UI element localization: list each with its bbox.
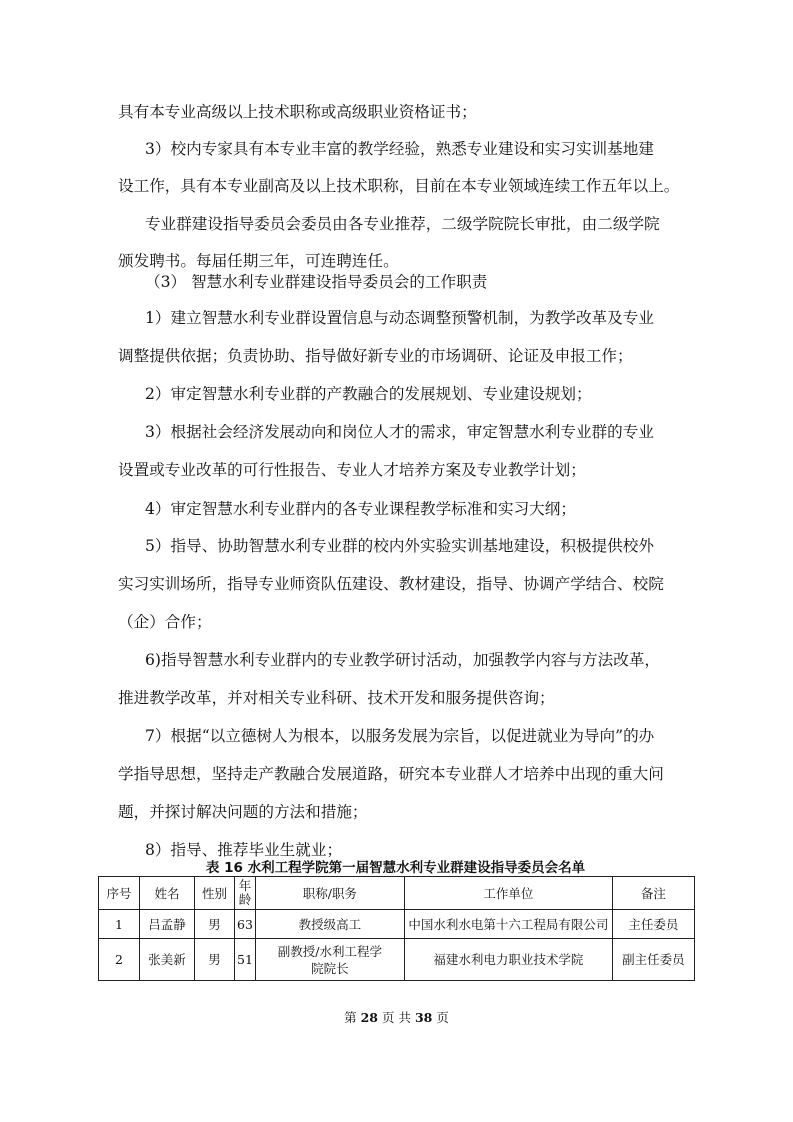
- footer-suffix: 页: [436, 1010, 449, 1025]
- header-age-line2: 龄: [239, 892, 252, 907]
- header-cell: 工作单位: [404, 877, 612, 910]
- paragraph-line: 学指导思想，坚持走产教融合发展道路，研究本专业群人才培养中出现的重大问: [118, 762, 664, 784]
- paragraph-line: 4）审定智慧水利专业群内的各专业课程教学标准和实习大纲；: [145, 497, 576, 519]
- paragraph-line: 推进教学改革，并对相关专业科研、技术开发和服务提供咨询；: [118, 686, 555, 708]
- footer-total-pages: 38: [415, 1010, 432, 1025]
- header-cell: 序号: [99, 877, 140, 910]
- paragraph-line: 颁发聘书。每届任期三年，可连聘连任。: [118, 249, 399, 271]
- paragraph-line: 调整提供依据；负责协助、指导做好新专业的市场调研、论证及申报工作；: [118, 344, 633, 366]
- paragraph-line: 设工作，具有本专业副高及以上技术职称，目前在本专业领域连续工作五年以上。: [118, 174, 679, 196]
- cell-workplace: 中国水利水电第十六工程局有限公司: [404, 910, 612, 939]
- header-cell: 年龄: [235, 877, 256, 910]
- cell-index: 2: [99, 939, 140, 981]
- section-heading: （3） 智慧水利专业群建设指导委员会的工作职责: [145, 270, 487, 292]
- table-caption: 表 16 水利工程学院第一届智慧水利专业群建设指导委员会名单: [98, 856, 693, 876]
- paragraph-line: 实习实训场所，指导专业师资队伍建设、教材建设，指导、协调产学结合、校院: [118, 572, 664, 594]
- paragraph-line: 专业群建设指导委员会委员由各专业推荐，二级学院院长审批，由二级学院: [145, 212, 660, 234]
- cell-note: 副主任委员: [612, 939, 694, 981]
- paragraph-line: 1）建立智慧水利专业群设置信息与动态调整预警机制，为教学改革及专业: [145, 306, 654, 328]
- document-page: 具有本专业高级以上技术职称或高级职业资格证书； 3）校内专家具有本专业丰富的教学…: [0, 0, 793, 1122]
- table-header-row: 序号 姓名 性别 年龄 职称/职务 工作单位 备注: [99, 877, 695, 910]
- paragraph-line: 2）审定智慧水利专业群的产教融合的发展规划、专业建设规划；: [145, 382, 592, 404]
- cell-index: 1: [99, 910, 140, 939]
- cell-title: 教授级高工: [255, 910, 404, 939]
- paragraph-line: 6)指导智慧水利专业群内的专业教学研讨活动，加强教学内容与方法改革，: [145, 648, 660, 670]
- cell-note: 主任委员: [612, 910, 694, 939]
- paragraph-line: 具有本专业高级以上技术职称或高级职业资格证书；: [118, 100, 477, 122]
- header-cell: 备注: [612, 877, 694, 910]
- cell-age: 51: [235, 939, 256, 981]
- paragraph-line: 3）根据社会经济发展动向和岗位人才的需求，审定智慧水利专业群的专业: [145, 420, 654, 442]
- footer-mid: 页 共: [382, 1010, 411, 1025]
- paragraph-line: 7）根据“以立德树人为根本，以服务发展为宗旨，以促进就业为导向”的办: [145, 724, 654, 746]
- page-footer: 第 28 页 共 38 页: [0, 1008, 793, 1026]
- paragraph-line: （企）合作；: [118, 610, 212, 632]
- cell-title-line1: 副教授/水利工程学: [278, 944, 382, 959]
- paragraph-line: 设置或专业改革的可行性报告、专业人才培养方案及专业教学计划；: [118, 458, 586, 480]
- footer-prefix: 第: [344, 1010, 357, 1025]
- table-row: 1 吕孟静 男 63 教授级高工 中国水利水电第十六工程局有限公司 主任委员: [99, 910, 695, 939]
- paragraph-line: 题，并探讨解决问题的方法和措施；: [118, 800, 368, 822]
- committee-table: 序号 姓名 性别 年龄 职称/职务 工作单位 备注 1 吕孟静 男 63 教授级…: [98, 876, 695, 981]
- cell-gender: 男: [195, 910, 235, 939]
- cell-age: 63: [235, 910, 256, 939]
- paragraph-line: 5）指导、协助智慧水利专业群的校内外实验实训基地建设，积极提供校外: [145, 534, 654, 556]
- cell-title: 副教授/水利工程学院院长: [255, 939, 404, 981]
- cell-name: 吕孟静: [140, 910, 195, 939]
- cell-title-line2: 院院长: [311, 961, 349, 976]
- paragraph-line: 3）校内专家具有本专业丰富的教学经验，熟悉专业建设和实习实训基地建: [145, 137, 654, 159]
- footer-page-number: 28: [361, 1010, 378, 1025]
- header-age-line1: 年: [239, 878, 252, 893]
- header-cell: 职称/职务: [255, 877, 404, 910]
- cell-workplace: 福建水利电力职业技术学院: [404, 939, 612, 981]
- header-cell: 性别: [195, 877, 235, 910]
- table-row: 2 张美新 男 51 副教授/水利工程学院院长 福建水利电力职业技术学院 副主任…: [99, 939, 695, 981]
- cell-name: 张美新: [140, 939, 195, 981]
- cell-gender: 男: [195, 939, 235, 981]
- header-cell: 姓名: [140, 877, 195, 910]
